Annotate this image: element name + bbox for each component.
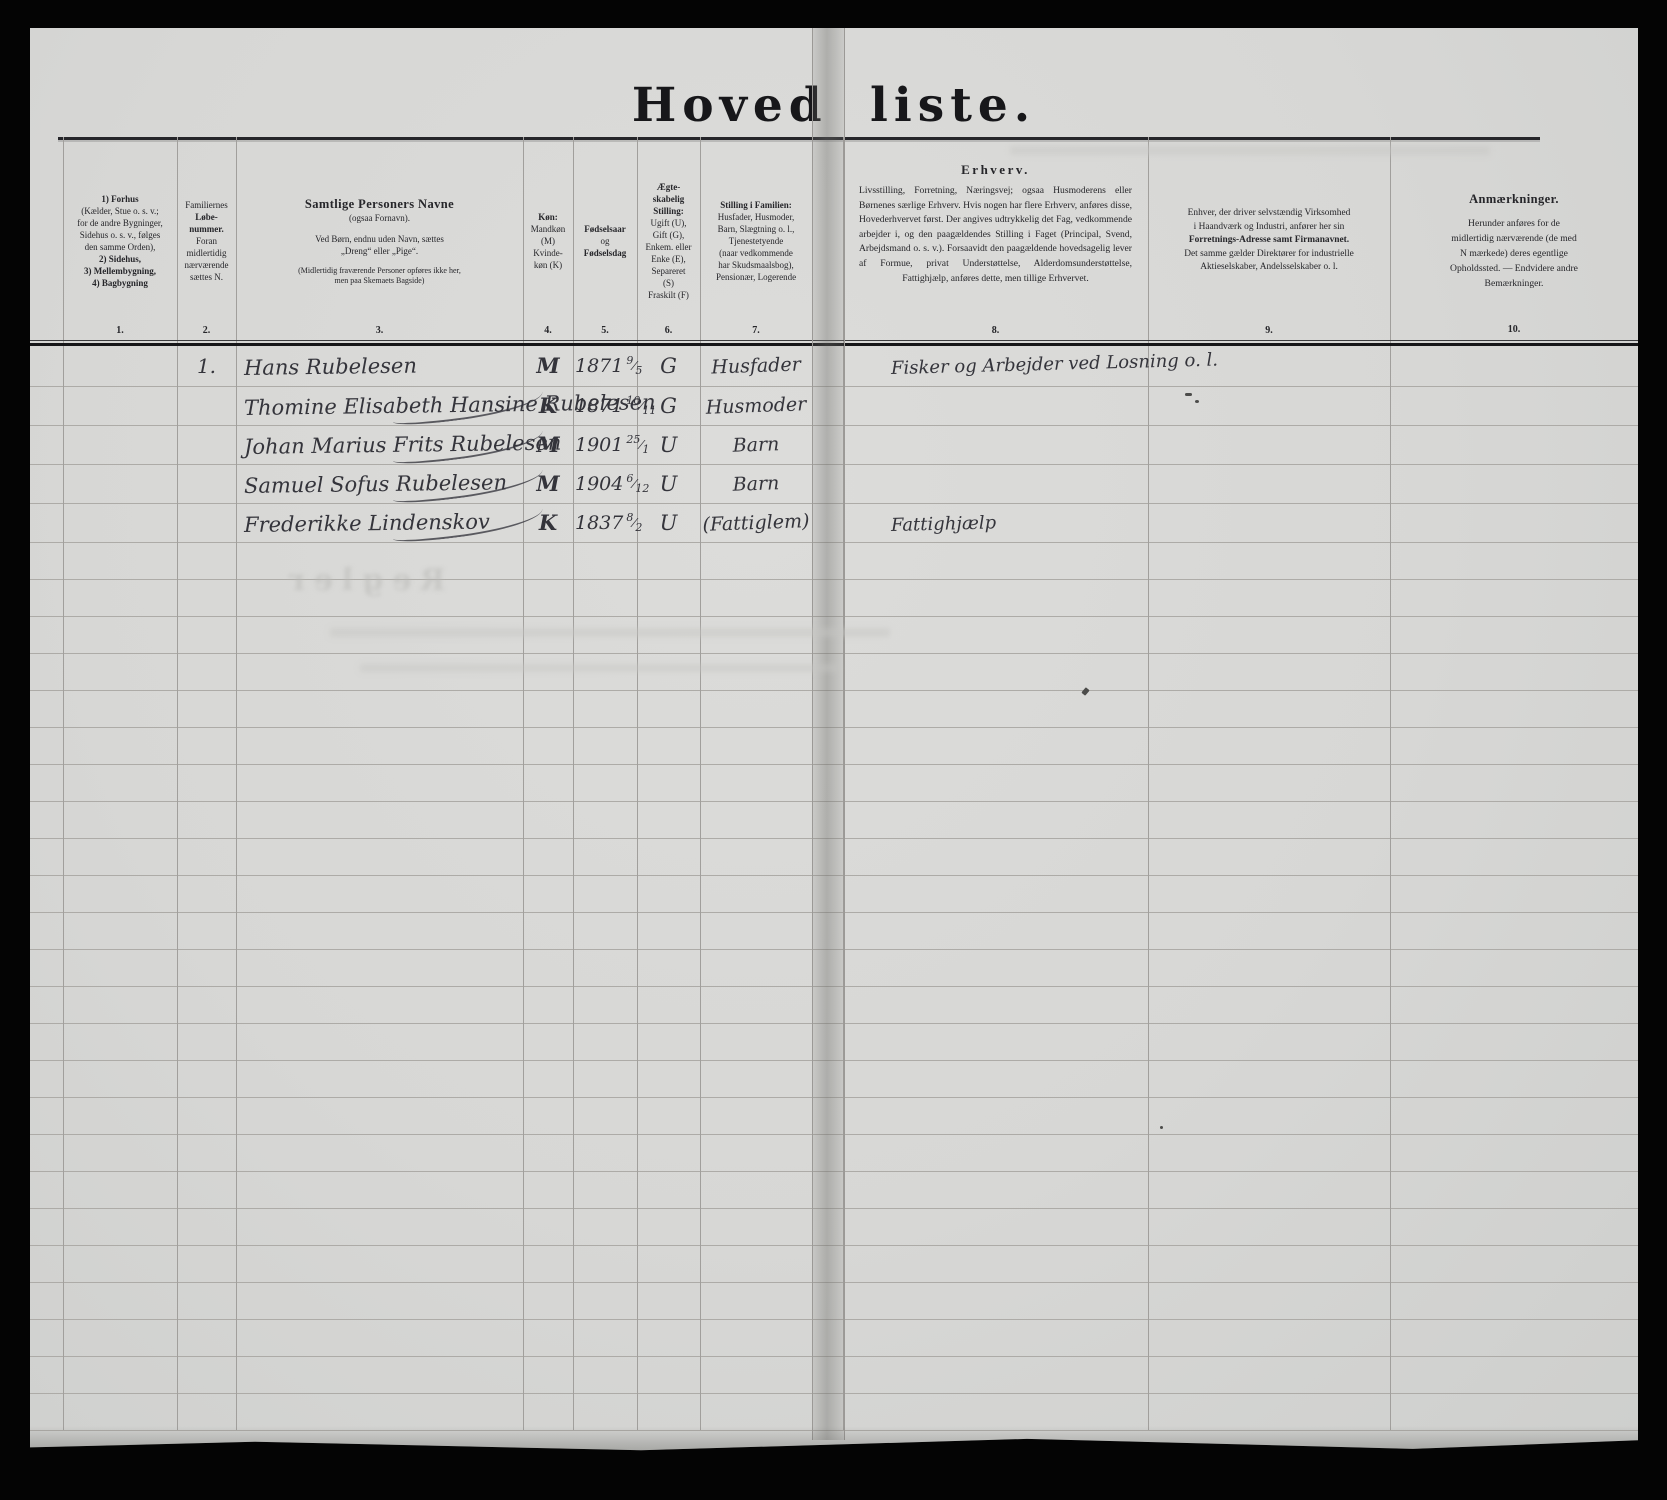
cell-marital-status: U xyxy=(637,464,700,503)
birth-year: 1871 xyxy=(575,395,623,417)
column-header-line: Opholdssted. — Endvidere andre xyxy=(1450,261,1578,276)
column-header-line: Husfader, Husmoder, xyxy=(718,211,795,223)
column-header-line: Foran xyxy=(196,235,217,247)
column-header-line: Stilling i Familien: xyxy=(720,199,792,211)
column-header-line: midlertidig nærværende (de med xyxy=(1451,231,1577,246)
column-header-line: Sidehus o. s. v., følges xyxy=(80,229,160,241)
cell-family-position: (Fattiglem) xyxy=(699,501,812,544)
column-header-line: Aktieselskaber, Andelsselskaber o. l. xyxy=(1200,261,1338,275)
cell-sex: K xyxy=(523,386,573,425)
cell-family-number: 1. xyxy=(177,345,236,386)
cell-sex: M xyxy=(523,425,573,464)
census-sheet: Hoved liste. 1) Forhus(Kælder, Stue o. s… xyxy=(30,28,1638,1456)
column-header-line: nærværende xyxy=(185,259,229,271)
column-number: 2. xyxy=(177,325,236,337)
birth-year: 1901 xyxy=(575,434,623,456)
bleed-through-smudge xyxy=(1010,146,1490,155)
column-header-line: midlertidig xyxy=(187,247,227,259)
cell-family-number xyxy=(177,464,236,503)
cell-family-number xyxy=(177,386,236,425)
column-header-line: (M) xyxy=(541,235,555,247)
column-header-7: Stilling i Familien:Husfader, Husmoder,B… xyxy=(700,140,812,342)
bleed-through-smudge xyxy=(360,664,840,672)
birth-year: 1904 xyxy=(575,473,623,495)
column-header-line: Herunder anføres for de xyxy=(1468,216,1560,231)
column-header-line: Separeret xyxy=(652,265,686,277)
column-header-line: Ægte- xyxy=(657,181,681,193)
column-header-line: 3) Mellembygning, xyxy=(84,265,156,277)
cell-family-number xyxy=(177,503,236,542)
cell-family-position: Husmoder xyxy=(699,384,812,427)
column-number: 3. xyxy=(236,325,523,337)
column-header-8: Erhverv.Livsstilling, Forretning, Næring… xyxy=(843,140,1148,342)
page-fold-gutter xyxy=(812,28,845,1440)
column-header-3: Samtlige Personers Navne(ogsaa Fornavn).… xyxy=(236,140,523,342)
column-header-line: den samme Orden), xyxy=(85,241,156,253)
column-header-line: (naar vedkommende xyxy=(719,247,793,259)
cell-marital-status: G xyxy=(637,345,700,386)
column-header-line: Enke (E), xyxy=(651,253,685,265)
column-header-line: men paa Skemaets Bagside) xyxy=(335,276,425,287)
column-header-line: køn (K) xyxy=(534,259,562,271)
column-number: 10. xyxy=(1390,322,1638,337)
column-header-line: Fødselsaar xyxy=(584,223,626,235)
scan-speck xyxy=(1185,393,1192,396)
column-header-line: Enhver, der driver selvstændig Virksomhe… xyxy=(1188,207,1351,221)
scan-background: Hoved liste. 1) Forhus(Kælder, Stue o. s… xyxy=(0,0,1667,1500)
column-header-line: har Skudsmaalsbog), xyxy=(718,259,794,271)
column-title: Erhverv. xyxy=(961,164,1030,176)
column-number: 7. xyxy=(700,325,812,337)
column-header-line: (S) xyxy=(663,277,674,289)
column-number: 6. xyxy=(637,325,700,337)
column-header-line: 4) Bagbygning xyxy=(92,277,148,289)
column-header-4: Køn:Mandkøn(M)Kvinde-køn (K)4. xyxy=(523,140,573,342)
column-header-6: Ægte-skabeligStilling:Ugift (U),Gift (G)… xyxy=(637,140,700,342)
column-header-line: (Kælder, Stue o. s. v.; xyxy=(81,205,159,217)
scan-speck xyxy=(1081,687,1089,696)
scan-edge-shadow xyxy=(30,1426,1638,1456)
cell-sex: M xyxy=(523,345,573,386)
column-header-line: (ogsaa Fornavn). xyxy=(349,212,410,224)
column-header-line: skabelig xyxy=(653,193,685,205)
cell-family-position: Barn xyxy=(699,462,812,505)
column-header-line: sættes N. xyxy=(190,271,223,283)
column-header-line: Forretnings-Adresse samt Firmanavnet. xyxy=(1189,234,1349,248)
column-header-line: Fraskilt (F) xyxy=(648,289,689,301)
column-header-line: Samtlige Personers Navne xyxy=(305,196,454,212)
column-header-2: FamiliernesLøbe-nummer.Foranmidlertidign… xyxy=(177,140,236,342)
column-header-line: Kvinde- xyxy=(533,247,563,259)
cell-family-position: Barn xyxy=(699,423,812,466)
column-header-line: Anmærkninger. xyxy=(1469,191,1559,207)
column-header-line: for de andre Bygninger, xyxy=(77,217,163,229)
column-number: 5. xyxy=(573,325,637,337)
column-header-line: Pensionær, Logerende xyxy=(716,271,796,283)
column-header-line: Ved Børn, endnu uden Navn, sættes xyxy=(315,233,444,245)
cell-marital-status: U xyxy=(637,503,700,542)
column-header-line: nummer. xyxy=(189,223,223,235)
column-description: Livsstilling, Forretning, Næringsvej; og… xyxy=(859,184,1132,286)
column-header-line: Køn: xyxy=(538,211,558,223)
column-header-1: 1) Forhus(Kælder, Stue o. s. v.;for de a… xyxy=(63,140,177,342)
column-header-line: „Dreng“ eller „Pige“. xyxy=(341,245,418,257)
bleed-through-text: Regler xyxy=(280,563,445,598)
column-header-line: (Midlertidig fraværende Personer opføres… xyxy=(298,266,461,277)
column-header-line: N mærkede) deres egentlige xyxy=(1460,246,1568,261)
scan-speck xyxy=(1195,400,1199,403)
column-header-line: Løbe- xyxy=(195,211,218,223)
column-header-line: Ugift (U), xyxy=(651,217,687,229)
column-header-line: Det samme gælder Direktører for industri… xyxy=(1184,248,1353,262)
column-header-line: 2) Sidehus, xyxy=(99,253,141,265)
column-header-line: Barn, Slægtning o. l., xyxy=(718,223,795,235)
column-number: 8. xyxy=(843,325,1148,337)
column-header-10: Anmærkninger.Herunder anføres for demidl… xyxy=(1390,140,1638,342)
bleed-through-smudge xyxy=(330,628,890,637)
column-header-line: Familiernes xyxy=(185,199,228,211)
column-header-line: Stilling: xyxy=(653,205,684,217)
column-header-line: Mandkøn xyxy=(531,223,566,235)
column-header-line: og xyxy=(601,235,610,247)
cell-occupation: Fattighjælp xyxy=(843,499,1174,547)
cell-sex: K xyxy=(523,503,573,542)
cell-marital-status: G xyxy=(637,386,700,425)
column-number: 4. xyxy=(523,325,573,337)
column-header-line: 1) Forhus xyxy=(101,193,138,205)
birth-year: 1837 xyxy=(575,512,623,534)
cell-family-number xyxy=(177,425,236,464)
column-header-line: Gift (G), xyxy=(653,229,685,241)
column-number: 1. xyxy=(63,325,177,337)
cell-name: Hans Rubelesen xyxy=(244,343,525,388)
column-number: 9. xyxy=(1148,324,1390,338)
column-header-5: FødselsaarogFødselsdag5. xyxy=(573,140,637,342)
column-header-line: Tjenestetyende xyxy=(729,235,783,247)
column-header-line: Bemærkninger. xyxy=(1485,276,1544,291)
column-header-line: Fødselsdag xyxy=(584,247,627,259)
cell-marital-status: U xyxy=(637,425,700,464)
scan-speck xyxy=(1160,1126,1163,1129)
cell-sex: M xyxy=(523,464,573,503)
column-header-9: Enhver, der driver selvstændig Virksomhe… xyxy=(1148,140,1390,342)
column-header-line: i Haandværk og Industri, anfører her sin xyxy=(1194,221,1345,235)
birth-year: 1871 xyxy=(575,355,623,377)
column-header-line: Enkem. eller xyxy=(646,241,692,253)
cell-family-position: Husfader xyxy=(699,343,812,388)
